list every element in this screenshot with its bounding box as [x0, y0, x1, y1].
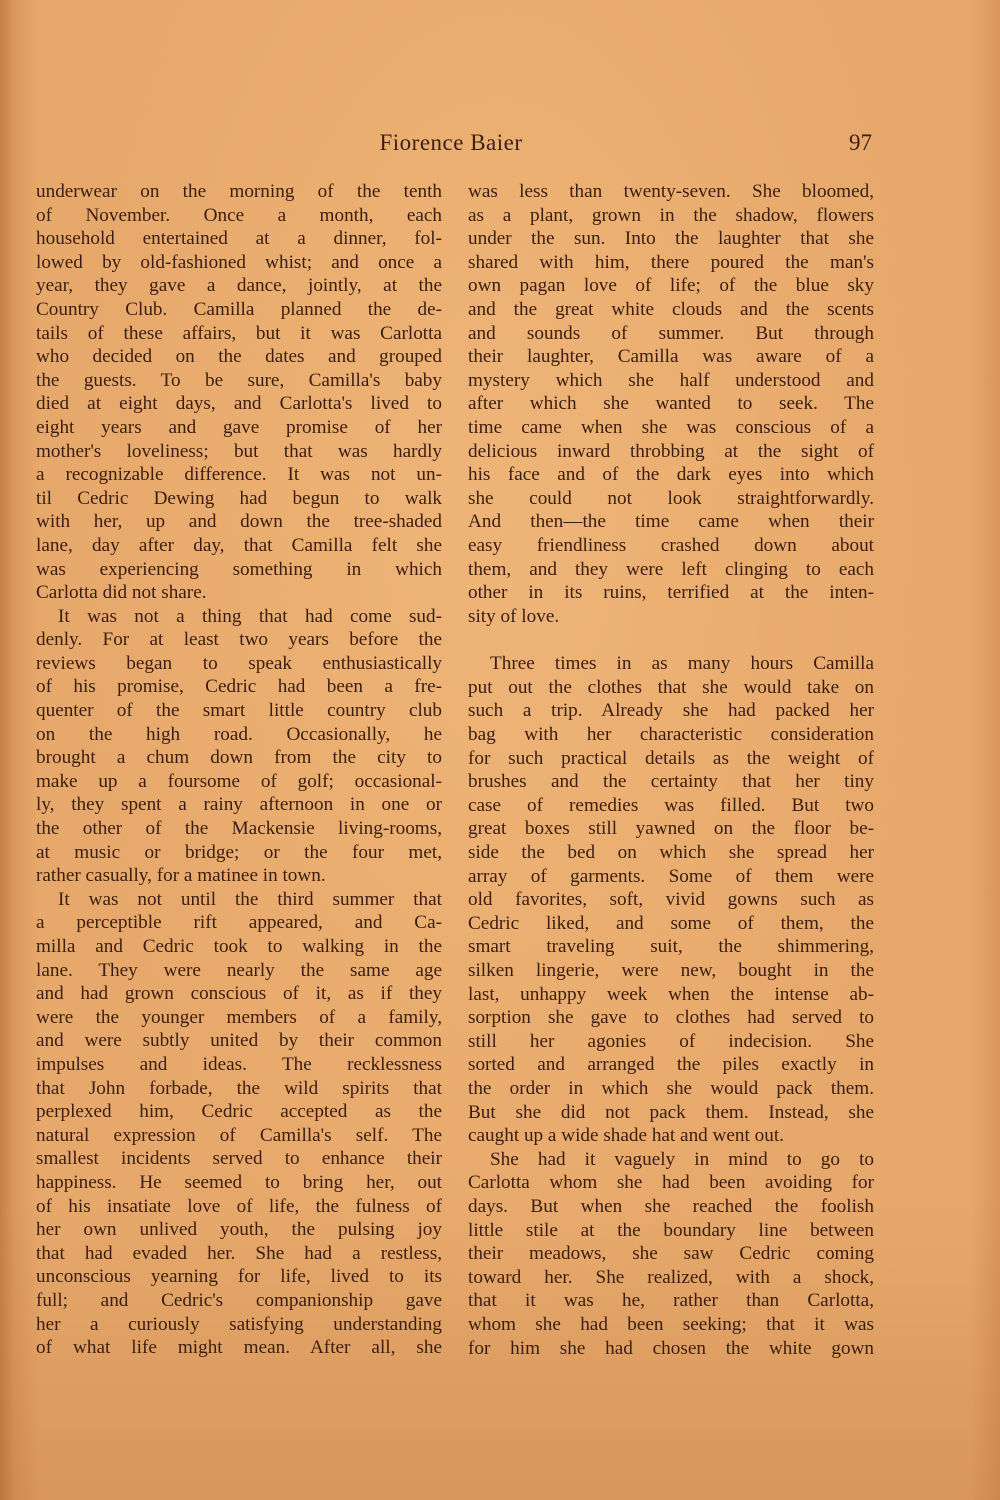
running-title: Fiorence Baier	[30, 130, 872, 156]
text-line: sorted and arranged the piles exactly in	[468, 1053, 874, 1077]
text-line: lowed by old-fashioned whist; and once a	[36, 251, 442, 275]
text-line: and had grown conscious of it, as if the…	[36, 982, 442, 1006]
text-line: other in its ruins, terrified at the int…	[468, 581, 874, 605]
text-line: their meadows, she saw Cedric coming	[468, 1242, 874, 1266]
page-number: 97	[849, 130, 872, 156]
book-page: Fiorence Baier 97 underwear on the morni…	[0, 0, 1000, 1500]
paragraph-start-line: It was not a thing that had come sud-	[36, 605, 442, 629]
text-line: that John forbade, the wild spirits that	[36, 1077, 442, 1101]
text-line: and sounds of summer. But through	[468, 322, 874, 346]
text-line: old favorites, soft, vivid gowns such as	[468, 888, 874, 912]
text-line: for him she had chosen the white gown	[468, 1337, 874, 1361]
text-line: year, they gave a dance, jointly, at the	[36, 274, 442, 298]
text-line: was less than twenty-seven. She bloomed,	[468, 180, 874, 204]
text-line: til Cedric Dewing had begun to walk	[36, 487, 442, 511]
text-line: make up a foursome of golf; occasional-	[36, 770, 442, 794]
text-line: who decided on the dates and grouped	[36, 345, 442, 369]
text-line: the guests. To be sure, Camilla's baby	[36, 369, 442, 393]
text-line: quenter of the smart little country club	[36, 699, 442, 723]
text-line: little stile at the boundary line betwee…	[468, 1219, 874, 1243]
paragraph-start-line: It was not until the third summer that	[36, 888, 442, 912]
text-line: smallest incidents served to enhance the…	[36, 1147, 442, 1171]
text-line: their laughter, Camilla was aware of a	[468, 345, 874, 369]
text-line: happiness. He seemed to bring her, out	[36, 1171, 442, 1195]
text-line: smart traveling suit, the shimmering,	[468, 935, 874, 959]
text-line: as a plant, grown in the shadow, flowers	[468, 204, 874, 228]
text-line: perplexed him, Cedric accepted as the	[36, 1100, 442, 1124]
paragraph-start-line: Three times in as many hours Camilla	[468, 652, 874, 676]
text-line: a perceptible rift appeared, and Ca-	[36, 911, 442, 935]
text-line: silken lingerie, were new, bought in the	[468, 959, 874, 983]
text-line: still her agonies of indecision. She	[468, 1030, 874, 1054]
text-line: brought a chum down from the city to	[36, 746, 442, 770]
text-line: reviews began to speak enthusiastically	[36, 652, 442, 676]
text-line: that it was he, rather than Carlotta,	[468, 1289, 874, 1313]
text-line: easy friendliness crashed down about	[468, 534, 874, 558]
section-break	[468, 628, 874, 652]
text-line: Country Club. Camilla planned the de-	[36, 298, 442, 322]
text-line: of November. Once a month, each	[36, 204, 442, 228]
text-line: great boxes still yawned on the floor be…	[468, 817, 874, 841]
text-line: under the sun. Into the laughter that sh…	[468, 227, 874, 251]
text-line: was experiencing something in which	[36, 558, 442, 582]
text-line: a recognizable difference. It was not un…	[36, 463, 442, 487]
text-line: rather casually, for a matinee in town.	[36, 864, 442, 888]
text-line: eight years and gave promise of her	[36, 416, 442, 440]
running-head: Fiorence Baier 97	[30, 126, 872, 166]
text-line: sorption she gave to clothes had served …	[468, 1006, 874, 1030]
text-line: Carlotta did not share.	[36, 581, 442, 605]
text-line: household entertained at a dinner, fol-	[36, 227, 442, 251]
text-line: full; and Cedric's companionship gave	[36, 1289, 442, 1313]
text-line: last, unhappy week when the intense ab-	[468, 983, 874, 1007]
text-line: with her, up and down the tree-shaded	[36, 510, 442, 534]
text-line: died at eight days, and Carlotta's lived…	[36, 392, 442, 416]
text-line: mother's loveliness; but that was hardly	[36, 440, 442, 464]
text-line: underwear on the morning of the tenth	[36, 180, 442, 204]
text-line: toward her. She realized, with a shock,	[468, 1266, 874, 1290]
text-line: delicious inward throbbing at the sight …	[468, 440, 874, 464]
text-line: caught up a wide shade hat and went out.	[468, 1124, 874, 1148]
right-column: was less than twenty-seven. She bloomed,…	[468, 180, 874, 1360]
text-line: lane, day after day, that Camilla felt s…	[36, 534, 442, 558]
text-line: his face and of the dark eyes into which	[468, 463, 874, 487]
text-line: ly, they spent a rainy afternoon in one …	[36, 793, 442, 817]
text-line: tails of these affairs, but it was Carlo…	[36, 322, 442, 346]
paragraph-start-line: She had it vaguely in mind to go to	[468, 1148, 874, 1172]
text-line: that had evaded her. She had a restless,	[36, 1242, 442, 1266]
text-line: array of garments. Some of them were	[468, 865, 874, 889]
text-line: Cedric liked, and some of them, the	[468, 912, 874, 936]
text-line: put out the clothes that she would take …	[468, 676, 874, 700]
text-line: mystery which she half understood and	[468, 369, 874, 393]
text-line: lane. They were nearly the same age	[36, 959, 442, 983]
text-line: her own unlived youth, the pulsing joy	[36, 1218, 442, 1242]
text-line: case of remedies was filled. But two	[468, 794, 874, 818]
text-line: own pagan love of life; of the blue sky	[468, 274, 874, 298]
text-line: time came when she was conscious of a	[468, 416, 874, 440]
text-line: at music or bridge; or the four met,	[36, 841, 442, 865]
text-line: such a trip. Already she had packed her	[468, 699, 874, 723]
text-line: denly. For at least two years before the	[36, 628, 442, 652]
left-column: underwear on the morning of the tenth of…	[36, 180, 442, 1360]
text-line: on the high road. Occasionally, he	[36, 723, 442, 747]
text-line: sity of love.	[468, 605, 874, 629]
text-line: the other of the Mackensie living-rooms,	[36, 817, 442, 841]
text-line: she could not look straightforwardly.	[468, 487, 874, 511]
text-line: unconscious yearning for life, lived to …	[36, 1265, 442, 1289]
text-line: whom she had been seeking; that it was	[468, 1313, 874, 1337]
text-line: after which she wanted to seek. The	[468, 392, 874, 416]
text-line: of his promise, Cedric had been a fre-	[36, 675, 442, 699]
text-line: for such practical details as the weight…	[468, 747, 874, 771]
text-line: and were subtly united by their common	[36, 1029, 442, 1053]
text-line: But she did not pack them. Instead, she	[468, 1101, 874, 1125]
text-line: milla and Cedric took to walking in the	[36, 935, 442, 959]
text-line: her a curiously satisfying understanding	[36, 1313, 442, 1337]
text-line: the order in which she would pack them.	[468, 1077, 874, 1101]
text-line: of his insatiate love of life, the fulne…	[36, 1195, 442, 1219]
text-line: side the bed on which she spread her	[468, 841, 874, 865]
text-line: days. But when she reached the foolish	[468, 1195, 874, 1219]
text-line: and the great white clouds and the scent…	[468, 298, 874, 322]
text-line: brushes and the certainty that her tiny	[468, 770, 874, 794]
text-line: shared with him, there poured the man's	[468, 251, 874, 275]
text-line: them, and they were left clinging to eac…	[468, 558, 874, 582]
text-line: impulses and ideas. The recklessness	[36, 1053, 442, 1077]
text-line: And then—the time came when their	[468, 510, 874, 534]
text-line: Carlotta whom she had been avoiding for	[468, 1171, 874, 1195]
text-line: natural expression of Camilla's self. Th…	[36, 1124, 442, 1148]
text-line: of what life might mean. After all, she	[36, 1336, 442, 1360]
text-line: bag with her characteristic consideratio…	[468, 723, 874, 747]
text-line: were the younger members of a family,	[36, 1006, 442, 1030]
